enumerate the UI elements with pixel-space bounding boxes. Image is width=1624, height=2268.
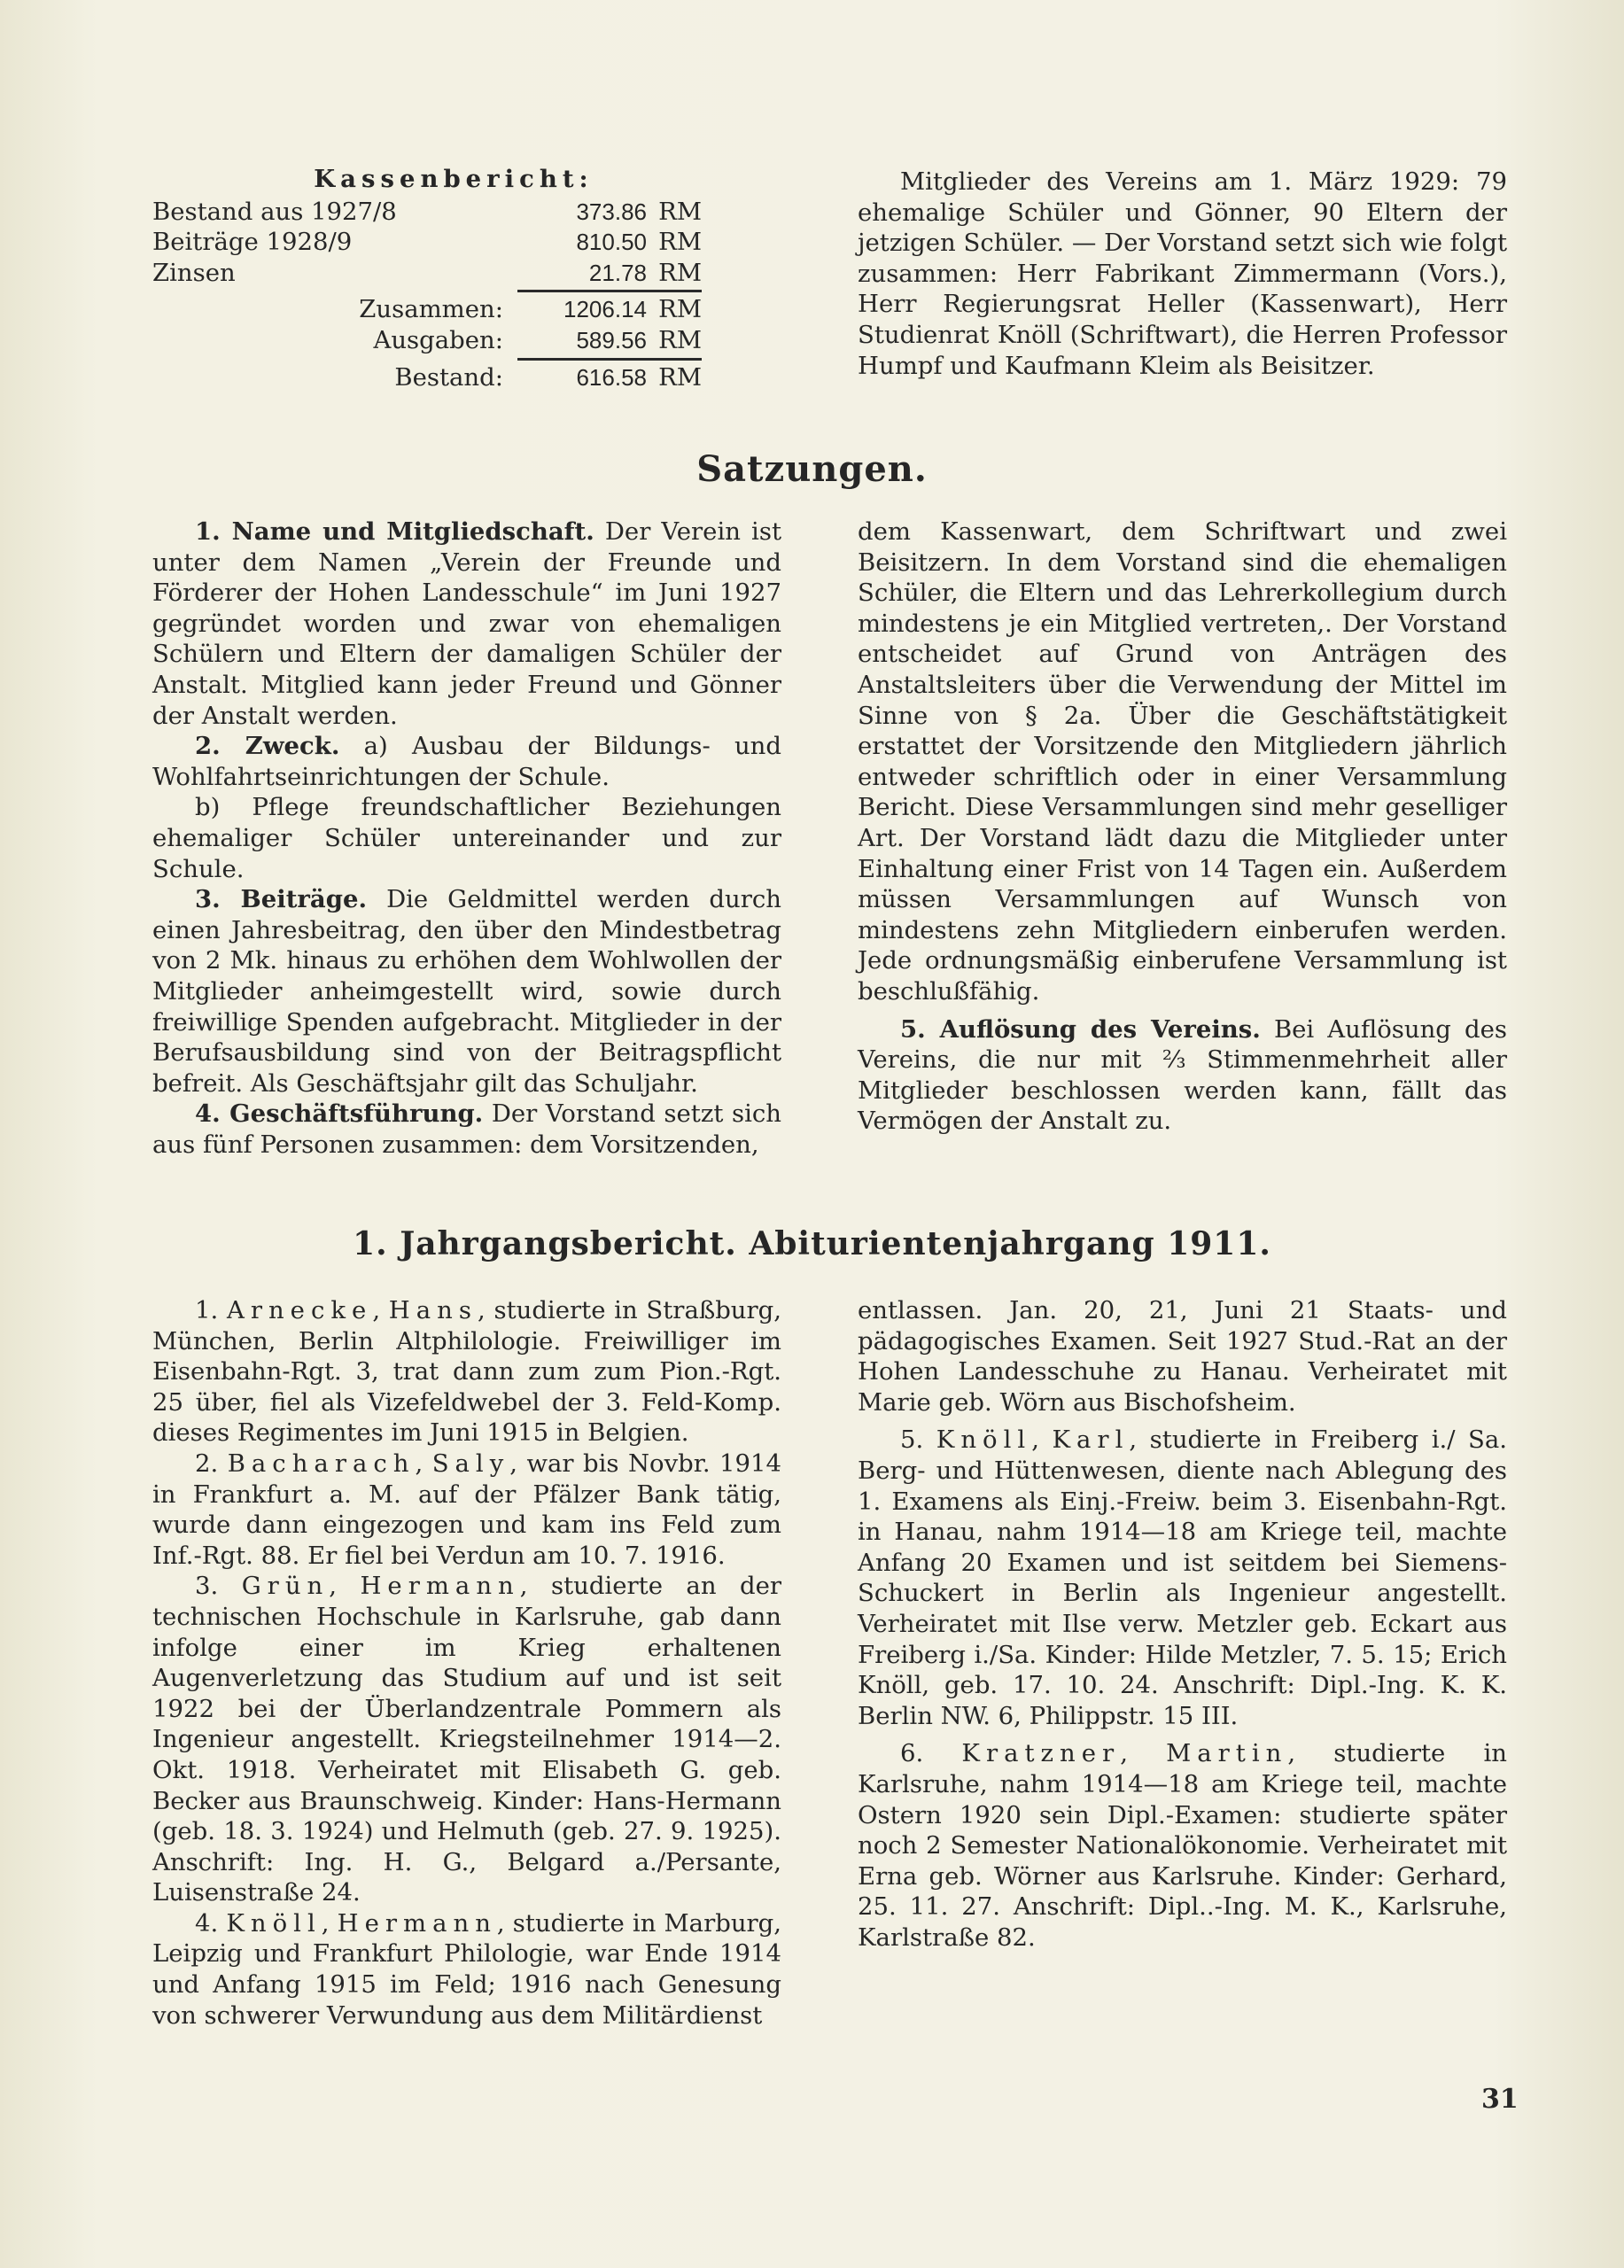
alumni-entry: 5. Knöll, Karl, studierte in Freiberg i.…: [858, 1425, 1507, 1731]
document-page: Kassenbericht: Bestand aus 1927/8 373.86…: [0, 0, 1624, 2268]
members-paragraph: Mitglieder des Vereins am 1. März 1929: …: [858, 167, 1507, 381]
cash-report-expenses: Ausgaben: 589.56 RM: [152, 325, 702, 356]
cash-report: Kassenbericht: Bestand aus 1927/8 373.86…: [152, 164, 702, 392]
satzungen-right-column: dem Kassenwart, dem Schriftwart und zwei…: [858, 517, 1507, 1137]
jahrgang-left-column: 1. Arnecke, Hans, studierte in Straßburg…: [152, 1295, 781, 2031]
jahrgang-right-column: entlassen. Jan. 20, 21, Juni 21 Staats- …: [858, 1295, 1507, 1953]
cash-report-balance: Bestand: 616.58 RM: [152, 362, 702, 393]
section-title-satzungen: Satzungen.: [0, 448, 1624, 490]
satzung-section-continued: dem Kassenwart, dem Schriftwart und zwei…: [858, 517, 1507, 1007]
satzung-section: 2. Zweck. a) Ausbau der Bildungs- und Wo…: [152, 731, 781, 792]
satzung-section: 5. Auflösung des Vereins. Bei Auflösung …: [858, 1014, 1507, 1137]
cash-report-row: Beiträge 1928/9 810.50 RM: [152, 227, 702, 258]
satzung-section: b) Pflege freundschaftlicher Beziehungen…: [152, 792, 781, 884]
cash-report-total: Zusammen: 1206.14 RM: [152, 294, 702, 325]
alumni-entry: 4. Knöll, Hermann, studierte in Marburg,…: [152, 1908, 781, 2031]
satzung-section: 4. Geschäftsführung. Der Vorstand setzt …: [152, 1099, 781, 1160]
satzung-section: 3. Beiträge. Die Geldmittel werden durch…: [152, 884, 781, 1099]
page-number: 31: [1481, 2084, 1519, 2115]
cash-report-title: Kassenbericht:: [206, 164, 702, 195]
cash-report-row: Zinsen 21.78 RM: [152, 258, 702, 289]
cash-report-row: Bestand aus 1927/8 373.86 RM: [152, 197, 702, 228]
sum-rule: [517, 290, 702, 292]
alumni-entry: 2. Bacharach, Saly, war bis Novbr. 1914 …: [152, 1449, 781, 1571]
alumni-entry: 3. Grün, Hermann, studierte an der techn…: [152, 1571, 781, 1908]
satzung-section: 1. Name und Mitgliedschaft. Der Verein i…: [152, 517, 781, 731]
sum-rule: [517, 358, 702, 361]
alumni-entry-continued: entlassen. Jan. 20, 21, Juni 21 Staats- …: [858, 1295, 1507, 1417]
section-title-jahrgangsbericht: 1. Jahrgangsbericht. Abiturientenjahrgan…: [0, 1225, 1624, 1262]
alumni-entry: 6. Kratzner, Martin, studierte in Karlsr…: [858, 1738, 1507, 1953]
satzungen-left-column: 1. Name und Mitgliedschaft. Der Verein i…: [152, 517, 781, 1160]
alumni-entry: 1. Arnecke, Hans, studierte in Straßburg…: [152, 1295, 781, 1449]
